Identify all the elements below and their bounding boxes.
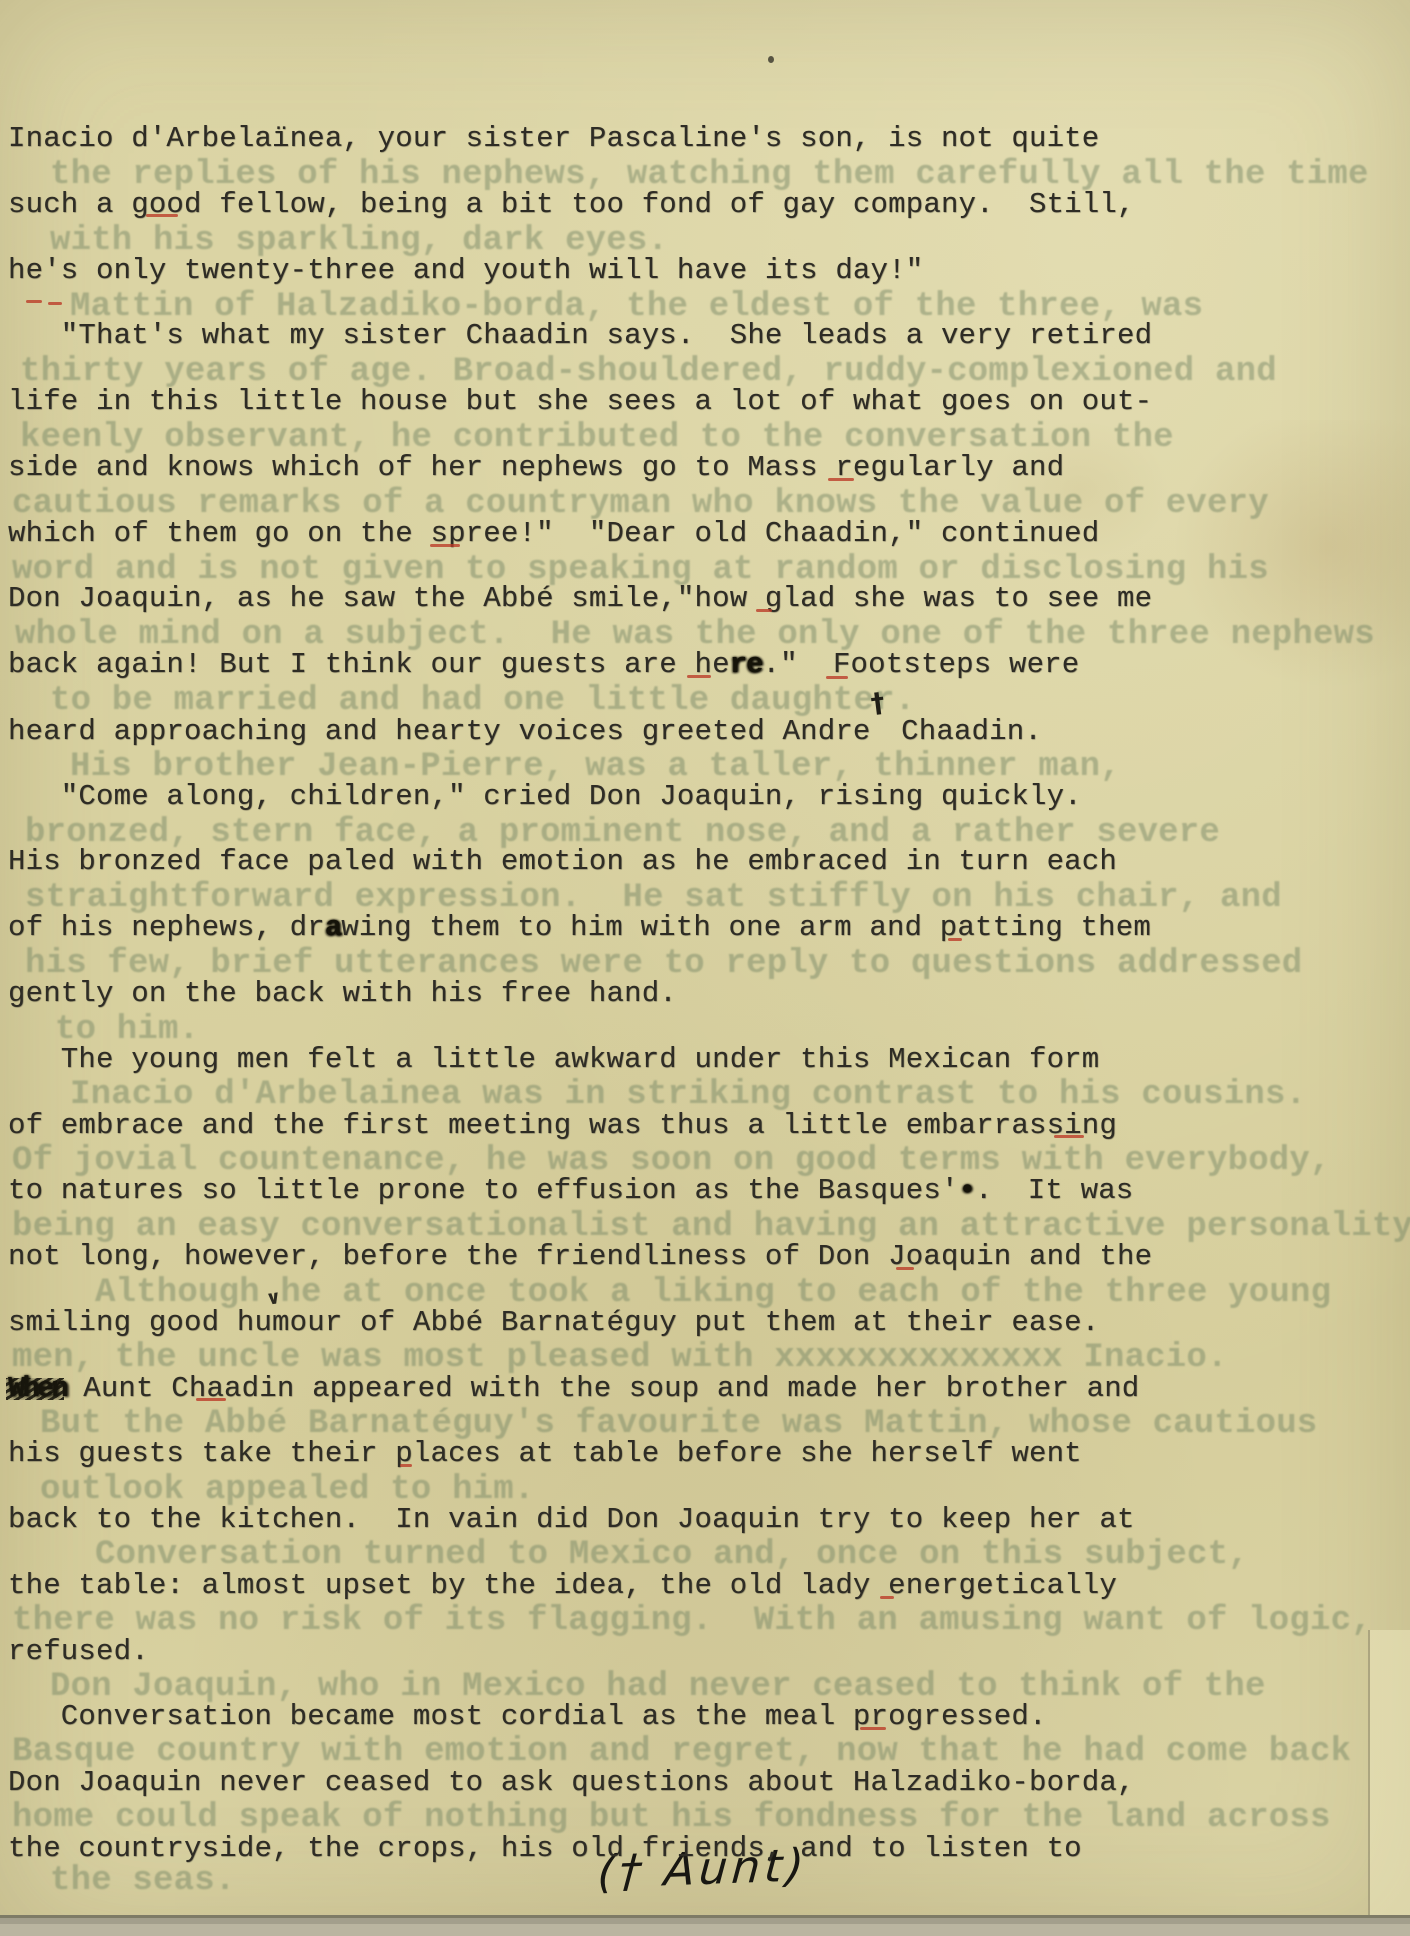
typed-line: Inacio d'Arbelaïnea, your sister Pascali… (8, 122, 1099, 155)
typed-line: "That's what my sister Chaadin says. She… (8, 319, 1152, 352)
typed-text: The young men felt a little awkward unde… (8, 1043, 1099, 1076)
typed-line: back again! But I think our guests are h… (8, 648, 1079, 681)
red-ribbon-mark (26, 300, 42, 303)
typed-text: of embrace and the first meeting was thu… (8, 1109, 1117, 1142)
typed-text: of his nephews, dr (8, 911, 325, 944)
typed-text: His bronzed face paled with emotion as h… (8, 845, 1117, 878)
typed-line: he's only twenty-three and youth will ha… (8, 254, 923, 287)
typed-line: smiling good hu∨mour of Abbé Barnatéguy … (8, 1306, 1099, 1341)
typed-text: wing them to him with one arm and pattin… (341, 911, 1151, 944)
typed-line: to natures so little prone to effusion a… (8, 1174, 1133, 1207)
red-ribbon-mark (400, 1464, 412, 1467)
typewritten-manuscript-page: († Aunt) the replies of his nephews, wat… (0, 0, 1410, 1936)
ghost-bleedthrough-line: there was no risk of its flagging. With … (12, 1602, 1372, 1640)
typed-line: of his nephews, drawing them to him with… (8, 911, 1151, 944)
typed-line: Don Joaquin never ceased to ask question… (8, 1766, 1135, 1799)
typed-line: his guests take their places at table be… (8, 1437, 1082, 1470)
typed-text: he's only twenty-three and youth will ha… (8, 254, 923, 287)
ink-speck (768, 56, 774, 63)
typed-text: which of them go on the spree!" "Dear ol… (8, 517, 1099, 550)
typed-text: Aunt Chaadin appeared with the soup and … (66, 1372, 1140, 1405)
typed-text: not long, however, before the friendline… (8, 1240, 1152, 1273)
typed-text: Don Joaquin, as he saw the Abbé smile,"h… (8, 582, 1152, 615)
typed-text: back again! But I think our guests are h… (8, 648, 730, 681)
typed-text: Chaadin. (884, 715, 1042, 748)
typed-line: of embrace and the first meeting was thu… (8, 1109, 1117, 1142)
typed-text: life in this little house but she sees a… (8, 385, 1152, 418)
red-ribbon-mark (146, 214, 178, 217)
typed-text: Conversation became most cordial as the … (8, 1700, 1047, 1733)
red-ribbon-mark (826, 676, 848, 679)
typed-text: Don Joaquin never ceased to ask question… (8, 1766, 1135, 1799)
typed-line: side and knows which of her nephews go t… (8, 451, 1064, 484)
typed-text: "Come along, children," cried Don Joaqui… (8, 780, 1082, 813)
typed-line: The young men felt a little awkward unde… (8, 1043, 1099, 1076)
ghost-bleedthrough-line: the seas. (50, 1862, 235, 1900)
red-ribbon-mark (430, 544, 460, 547)
typed-line: heard approaching and hearty voices gree… (8, 714, 1042, 748)
typed-line: the countryside, the crops, his old frie… (8, 1832, 1082, 1865)
typed-text: heard approaching and hearty voices gree… (8, 715, 871, 748)
typed-line: life in this little house but she sees a… (8, 385, 1152, 418)
typed-line: the table: almost upset by the idea, the… (8, 1569, 1117, 1602)
typed-line: Don Joaquin, as he saw the Abbé smile,"h… (8, 582, 1152, 615)
struck-out-word: When (8, 1372, 66, 1405)
typed-text: side and knows which of her nephews go t… (8, 451, 1064, 484)
typed-text: gently on the back with his free hand. (8, 977, 677, 1010)
typed-line: His bronzed face paled with emotion as h… (8, 845, 1117, 878)
typed-text: "That's what my sister Chaadin says. She… (8, 319, 1152, 352)
typed-text: . It was (975, 1174, 1133, 1207)
typed-line: Conversation became most cordial as the … (8, 1700, 1047, 1733)
typed-line: "Come along, children," cried Don Joaqui… (8, 780, 1082, 813)
red-ribbon-mark (1054, 1135, 1084, 1138)
typed-text: back to the kitchen. In vain did Don Joa… (8, 1503, 1135, 1536)
red-ribbon-mark (860, 1727, 886, 1730)
typed-text: the table: almost upset by the idea, the… (8, 1569, 1117, 1602)
red-ribbon-mark (948, 938, 962, 941)
red-ribbon-mark (896, 1267, 914, 1270)
typed-line: back to the kitchen. In vain did Don Joa… (8, 1503, 1135, 1536)
typed-line: not long, however, before the friendline… (8, 1240, 1152, 1273)
typed-text: smiling good hu (8, 1306, 272, 1339)
ink-blot-correction: • (959, 1174, 975, 1207)
red-ribbon-mark (48, 302, 62, 305)
typed-text: Inacio d'Arbelaïnea, your sister Pascali… (8, 122, 1099, 155)
red-ribbon-mark (756, 609, 772, 612)
ink-blot-correction: re (730, 648, 763, 681)
typed-text: mour of Abbé Barnatéguy put them at thei… (272, 1306, 1099, 1339)
ink-blot-correction: a (325, 911, 341, 944)
dagger-annotation-mark: † (869, 686, 886, 720)
typed-line: refused. (8, 1635, 149, 1668)
red-ribbon-mark (828, 478, 854, 481)
scan-edge (0, 1915, 1410, 1936)
page-edge (1368, 1630, 1410, 1916)
typed-text: refused. (8, 1635, 149, 1668)
typed-text: to natures so little prone to effusion a… (8, 1174, 959, 1207)
typed-line: When Aunt Chaadin appeared with the soup… (8, 1372, 1139, 1405)
red-ribbon-mark (880, 1596, 894, 1599)
red-ribbon-mark (196, 1398, 226, 1401)
typed-line: gently on the back with his free hand. (8, 977, 677, 1010)
typed-text: the countryside, the crops, his old frie… (8, 1832, 1082, 1865)
typed-text: his guests take their places at table be… (8, 1437, 1082, 1470)
red-ribbon-mark (687, 675, 711, 678)
typed-line: which of them go on the spree!" "Dear ol… (8, 517, 1099, 550)
typed-text: ." Footsteps were (763, 648, 1080, 681)
